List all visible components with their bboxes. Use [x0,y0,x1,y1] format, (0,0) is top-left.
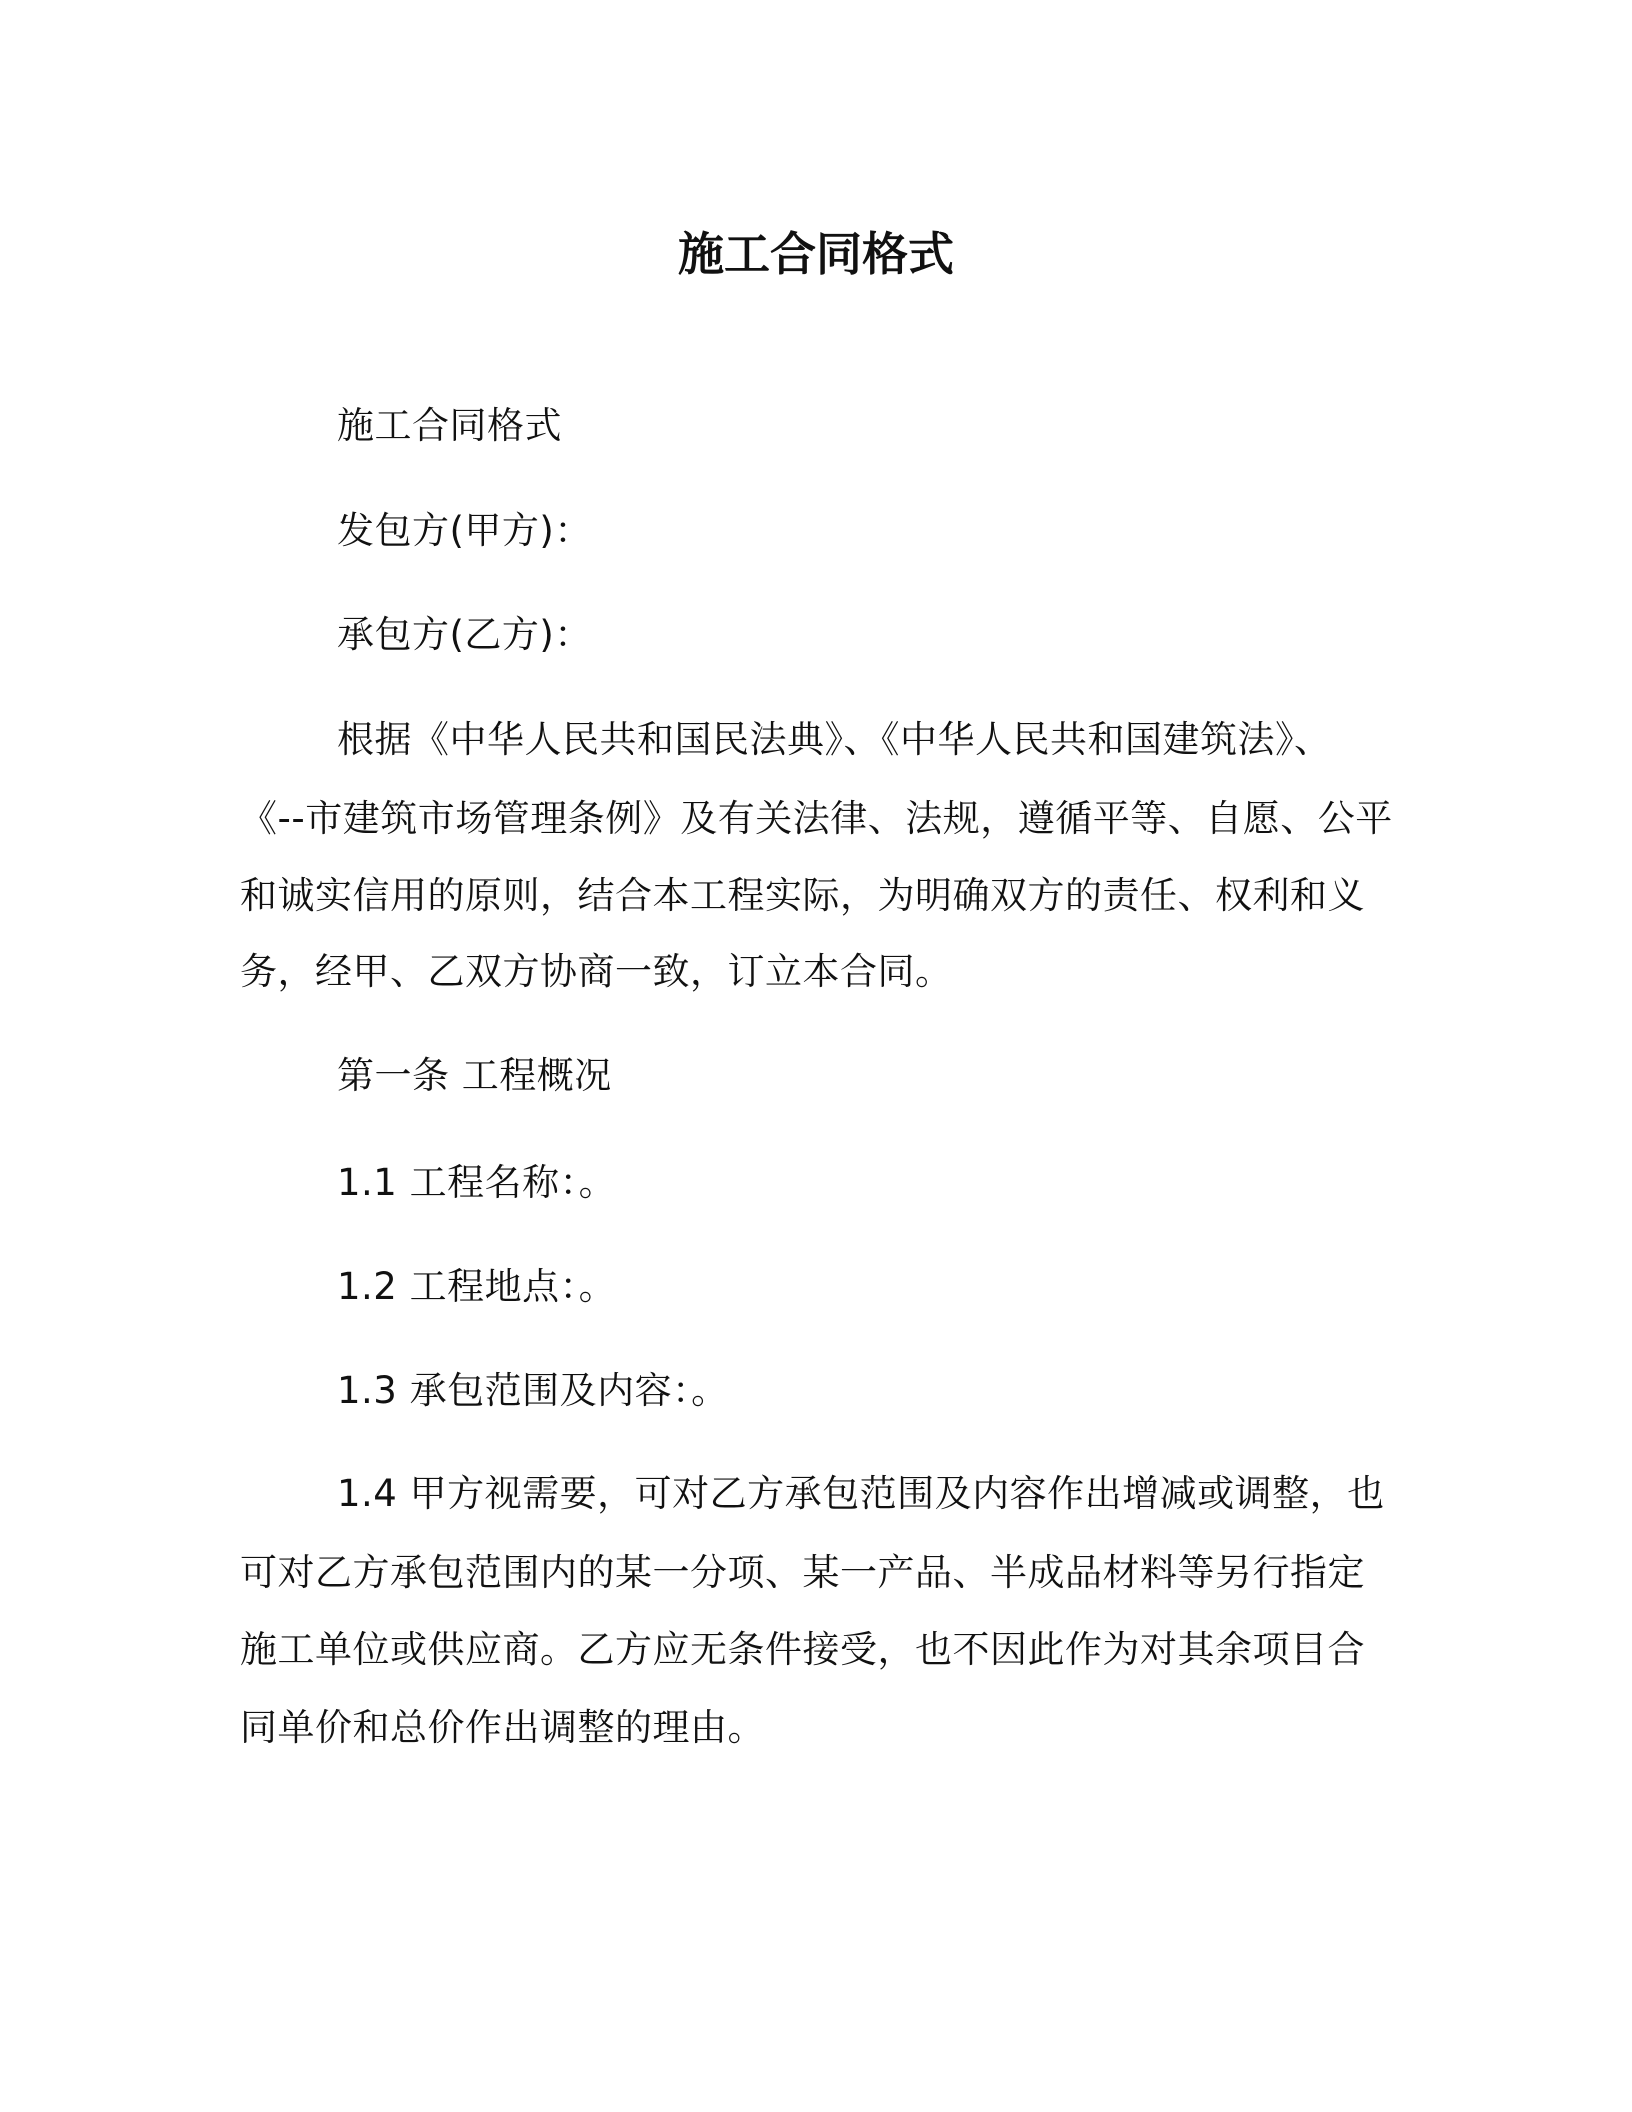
preamble-line-1: 根据《中华人民共和国民法典》、《中华人民共和国建筑法》、 [337,715,1332,765]
subtitle-line: 施工合同格式 [337,401,562,451]
preamble-line-3: 和诚实信用的原则，结合本工程实际，为明确双方的责任、权利和义 [240,871,1365,921]
clause-1-3-scope: 1.3 承包范围及内容：。 [337,1366,729,1416]
clause-1-2-project-location: 1.2 工程地点：。 [337,1262,616,1312]
party-a-label: 发包方(甲方)： [337,506,592,556]
preamble-line-2: 《--市建筑市场管理条例》及有关法律、法规，遵循平等、自愿、公平 [240,794,1393,844]
document-title: 施工合同格式 [0,224,1632,284]
document-page: 施工合同格式 施工合同格式 发包方(甲方)： 承包方(乙方)： 根据《中华人民共… [0,0,1632,2112]
clause-1-1-project-name: 1.1 工程名称：。 [337,1158,616,1208]
clause-1-4-line-2: 可对乙方承包范围内的某一分项、某一产品、半成品材料等另行指定 [240,1548,1365,1598]
party-b-label: 承包方(乙方)： [337,610,592,660]
clause-1-4-line-3: 施工单位或供应商。乙方应无条件接受，也不因此作为对其余项目合 [240,1625,1365,1675]
clause-1-4-line-4: 同单价和总价作出调整的理由。 [240,1703,765,1753]
preamble-line-4: 务，经甲、乙双方协商一致，订立本合同。 [240,947,953,997]
clause-1-4-line-1: 1.4 甲方视需要，可对乙方承包范围及内容作出增减或调整，也 [337,1469,1385,1519]
article-1-heading: 第一条 工程概况 [337,1051,612,1101]
